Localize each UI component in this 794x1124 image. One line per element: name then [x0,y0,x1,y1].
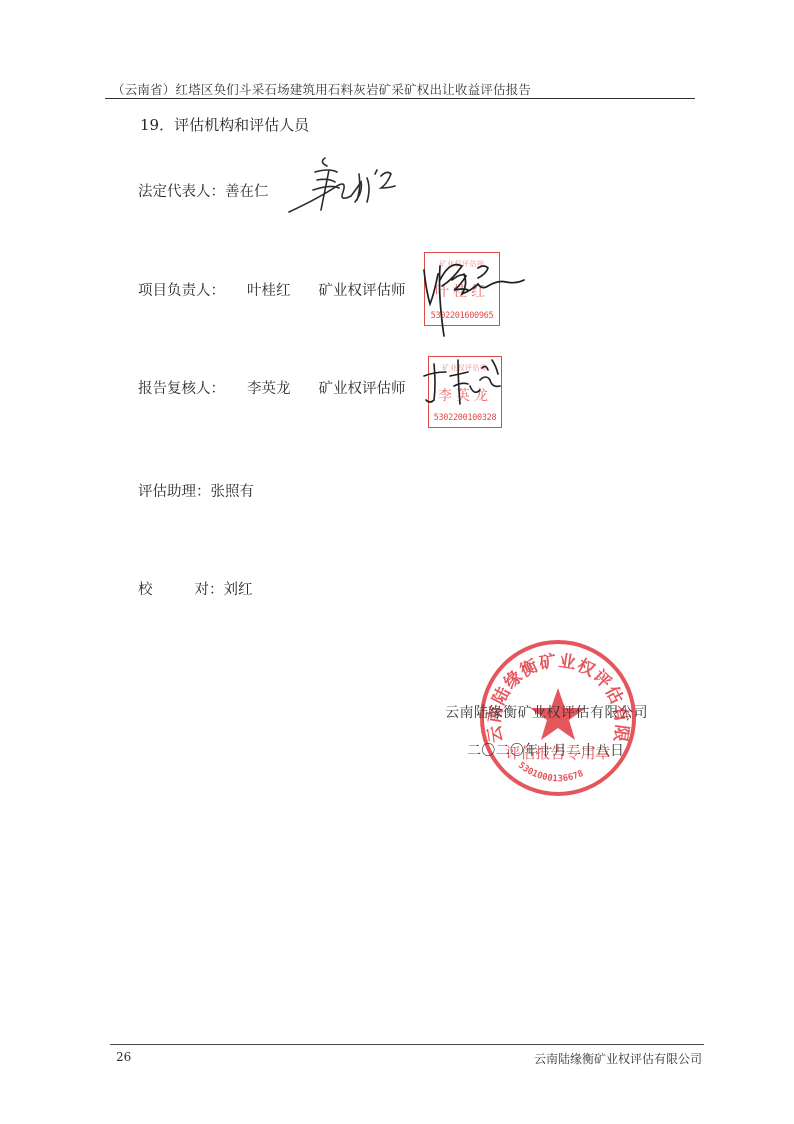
section-title: 19．评估机构和评估人员 [140,114,309,135]
header-divider [105,98,695,99]
page-number: 26 [116,1050,131,1064]
proofreader-label-a: 校 [138,582,153,598]
assistant-row: 评估助理：张照有 [138,480,254,501]
svg-text:5301000136678: 5301000136678 [516,761,585,785]
running-header: （云南省）红塔区奂们斗采石场建筑用石料灰岩矿采矿权出让收益评估报告 [112,80,531,98]
reviewer-row: 报告复核人：李英龙矿业权评估师 [138,377,406,398]
reviewer-title: 矿业权评估师 [319,381,406,397]
legal-representative-name: 善在仁 [225,184,269,200]
assistant-label: 评估助理： [138,484,211,500]
project-lead-label: 项目负责人： [138,283,225,299]
legal-representative-label: 法定代表人： [138,184,225,200]
project-lead-signature [418,250,528,340]
reviewer-label: 报告复核人： [138,381,225,397]
project-lead-row: 项目负责人：叶桂红矿业权评估师 [138,279,406,300]
project-lead-name: 叶桂红 [247,283,291,299]
proofreader-label-b: 对： [195,582,224,598]
legal-representative-row: 法定代表人：善在仁 [138,180,269,201]
signing-company: 云南陆缘衡矿业权评估有限公司 [445,702,648,722]
footer-company: 云南陆缘衡矿业权评估有限公司 [534,1050,702,1067]
seal-number: 5301000136678 [516,761,585,785]
signing-date: 二〇二〇年十月二十八日 [467,740,624,760]
proofreader-name: 刘红 [224,582,253,598]
legal-representative-signature [285,150,405,220]
assistant-name: 张照有 [211,484,255,500]
footer-divider [110,1044,704,1045]
proofreader-row: 校对：刘红 [138,578,253,599]
project-lead-title: 矿业权评估师 [319,283,406,299]
reviewer-name: 李英龙 [247,381,291,397]
reviewer-signature [420,350,510,420]
